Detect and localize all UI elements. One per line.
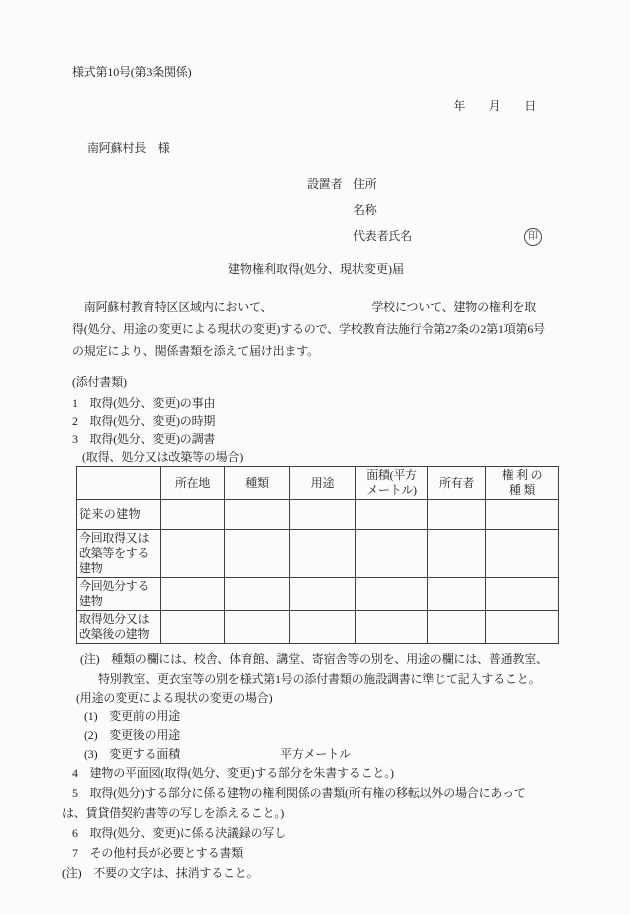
document-title: 建物権利取得(処分、現状変更)届 [72, 259, 560, 279]
table-header-row: 所在地種類用途面積(平方 メートル)所有者権 利 の 種 類 [77, 467, 559, 500]
table-row-label: 今回取得又は 改築等をする 建物 [77, 530, 161, 578]
table-empty-cell [225, 500, 290, 530]
table-empty-cell [225, 611, 290, 644]
body-line-1-before: 南阿蘇村教育特区区域内において、 [72, 300, 272, 314]
table-empty-cell [161, 500, 225, 530]
attachment-item-1: 1 取得(処分、変更)の事由 [72, 394, 560, 412]
final-note: (注) 不要の文字は、抹消すること。 [62, 863, 560, 883]
seal-icon: 印 [524, 228, 542, 246]
table-empty-cell [356, 578, 428, 611]
body-line-1: 南阿蘇村教育特区区域内において、学校について、建物の権利を取 [72, 296, 560, 318]
addressee: 南阿蘇村長 様 [72, 138, 560, 158]
address-label: 住所 [353, 177, 377, 191]
table-empty-cell [356, 500, 428, 530]
table-empty-cell [290, 530, 356, 578]
buildings-table: 所在地種類用途面積(平方 メートル)所有者権 利 の 種 類 従 来 の 建 物… [76, 466, 559, 644]
body-paragraph: 南阿蘇村教育特区区域内において、学校について、建物の権利を取 得(処分、用途の変… [72, 296, 560, 362]
change-of-use-item-3: (3) 変更する面積平方メートル [72, 745, 560, 764]
table-empty-cell [225, 578, 290, 611]
submitter-name-row: 名称 [307, 197, 560, 223]
submitter-address-row: 設置者住所 [307, 171, 560, 197]
table-corner-cell [77, 467, 161, 500]
form-number: 様式第10号(第3条関係) [72, 62, 560, 82]
table-column-header: 面積(平方 メートル) [356, 467, 428, 500]
table-empty-cell [161, 530, 225, 578]
table-empty-cell [428, 611, 486, 644]
representative-label: 代表者氏名 [353, 229, 412, 243]
table-empty-cell [290, 500, 356, 530]
table-row-label: 従 来 の 建 物 [77, 500, 161, 530]
table-column-header: 用途 [290, 467, 356, 500]
attachment-item-5-line-1: 5 取得(処分)する部分に係る建物の権利関係の書類(所有権の移転以外の場合にあっ… [72, 783, 560, 803]
table-row: 今回処分する 建物 [77, 578, 559, 611]
table-empty-cell [290, 611, 356, 644]
table-empty-cell [161, 578, 225, 611]
table-column-header: 権 利 の 種 類 [486, 467, 559, 500]
document-page: 様式第10号(第3条関係) 年 月 日 南阿蘇村長 様 設置者住所 名称 代表者… [0, 0, 630, 915]
attachment-item-2: 2 取得(処分、変更)の時期 [72, 412, 560, 430]
table-empty-cell [356, 611, 428, 644]
name-label: 名称 [353, 203, 377, 217]
table-empty-cell [290, 578, 356, 611]
table-empty-cell [486, 611, 559, 644]
body-line-1-after: 学校について、建物の権利を取 [371, 300, 536, 314]
attachment-item-4: 4 建物の平面図(取得(処分、変更)する部分を朱書すること。) [72, 764, 560, 783]
submitter-label: 設置者 [307, 171, 353, 197]
table-empty-cell [486, 578, 559, 611]
attachments-list: 1 取得(処分、変更)の事由 2 取得(処分、変更)の時期 3 取得(処分、変更… [72, 394, 560, 466]
attachment-item-3: 3 取得(処分、変更)の調書 [72, 430, 560, 448]
table-empty-cell [428, 530, 486, 578]
table-empty-cell [225, 530, 290, 578]
table-column-header: 種類 [225, 467, 290, 500]
date-line: 年 月 日 [72, 96, 560, 116]
table-empty-cell [356, 530, 428, 578]
change-of-use-item-1: (1) 変更前の用途 [72, 707, 560, 726]
attachment-item-7: 7 その他村長が必要とする書類 [72, 843, 560, 863]
attachment-item-3-condition: (取得、処分又は改築等の場合) [72, 448, 560, 466]
table-row: 従 来 の 建 物 [77, 500, 559, 530]
table-row: 今回取得又は 改築等をする 建物 [77, 530, 559, 578]
attachments-heading: (添付書類) [72, 372, 560, 392]
table-empty-cell [486, 530, 559, 578]
body-line-3: の規定により、関係書類を添えて届け出ます。 [72, 340, 560, 362]
table-empty-cell [428, 578, 486, 611]
table-empty-cell [486, 500, 559, 530]
table-row: 取得処分又は 改築後の建物 [77, 611, 559, 644]
table-note-line-2: 特別教室、更衣室等の別を様式第1号の添付書類の施設調書に準じて記入すること。 [72, 669, 560, 689]
change-of-use-heading: (用途の変更による現状の変更の場合) [72, 689, 560, 707]
change-of-use-item-3-label: (3) 変更する面積 [84, 747, 180, 761]
table-empty-cell [161, 611, 225, 644]
table-column-header: 所有者 [428, 467, 486, 500]
body-line-2: 得(処分、用途の変更による現状の変更)するので、学校教育法施行令第27条の2第1… [72, 318, 560, 340]
attachment-item-5-line-2: は、賃貸借契約書等の写しを添えること。) [62, 803, 560, 823]
submitter-block: 設置者住所 名称 代表者氏名印 [72, 171, 560, 249]
table-column-header: 所在地 [161, 467, 225, 500]
attachment-item-6: 6 取得(処分、変更)に係る決議録の写し [72, 823, 560, 843]
table-note-line-1: (注) 種類の欄には、校舎、体育館、講堂、寄宿舎等の別を、用途の欄には、普通教室… [72, 649, 560, 669]
table-empty-cell [428, 500, 486, 530]
change-of-use-item-2: (2) 変更後の用途 [72, 726, 560, 745]
area-unit-label: 平方メートル [280, 747, 351, 761]
table-row-label: 取得処分又は 改築後の建物 [77, 611, 161, 644]
submitter-representative-row: 代表者氏名印 [307, 223, 560, 249]
table-row-label: 今回処分する 建物 [77, 578, 161, 611]
